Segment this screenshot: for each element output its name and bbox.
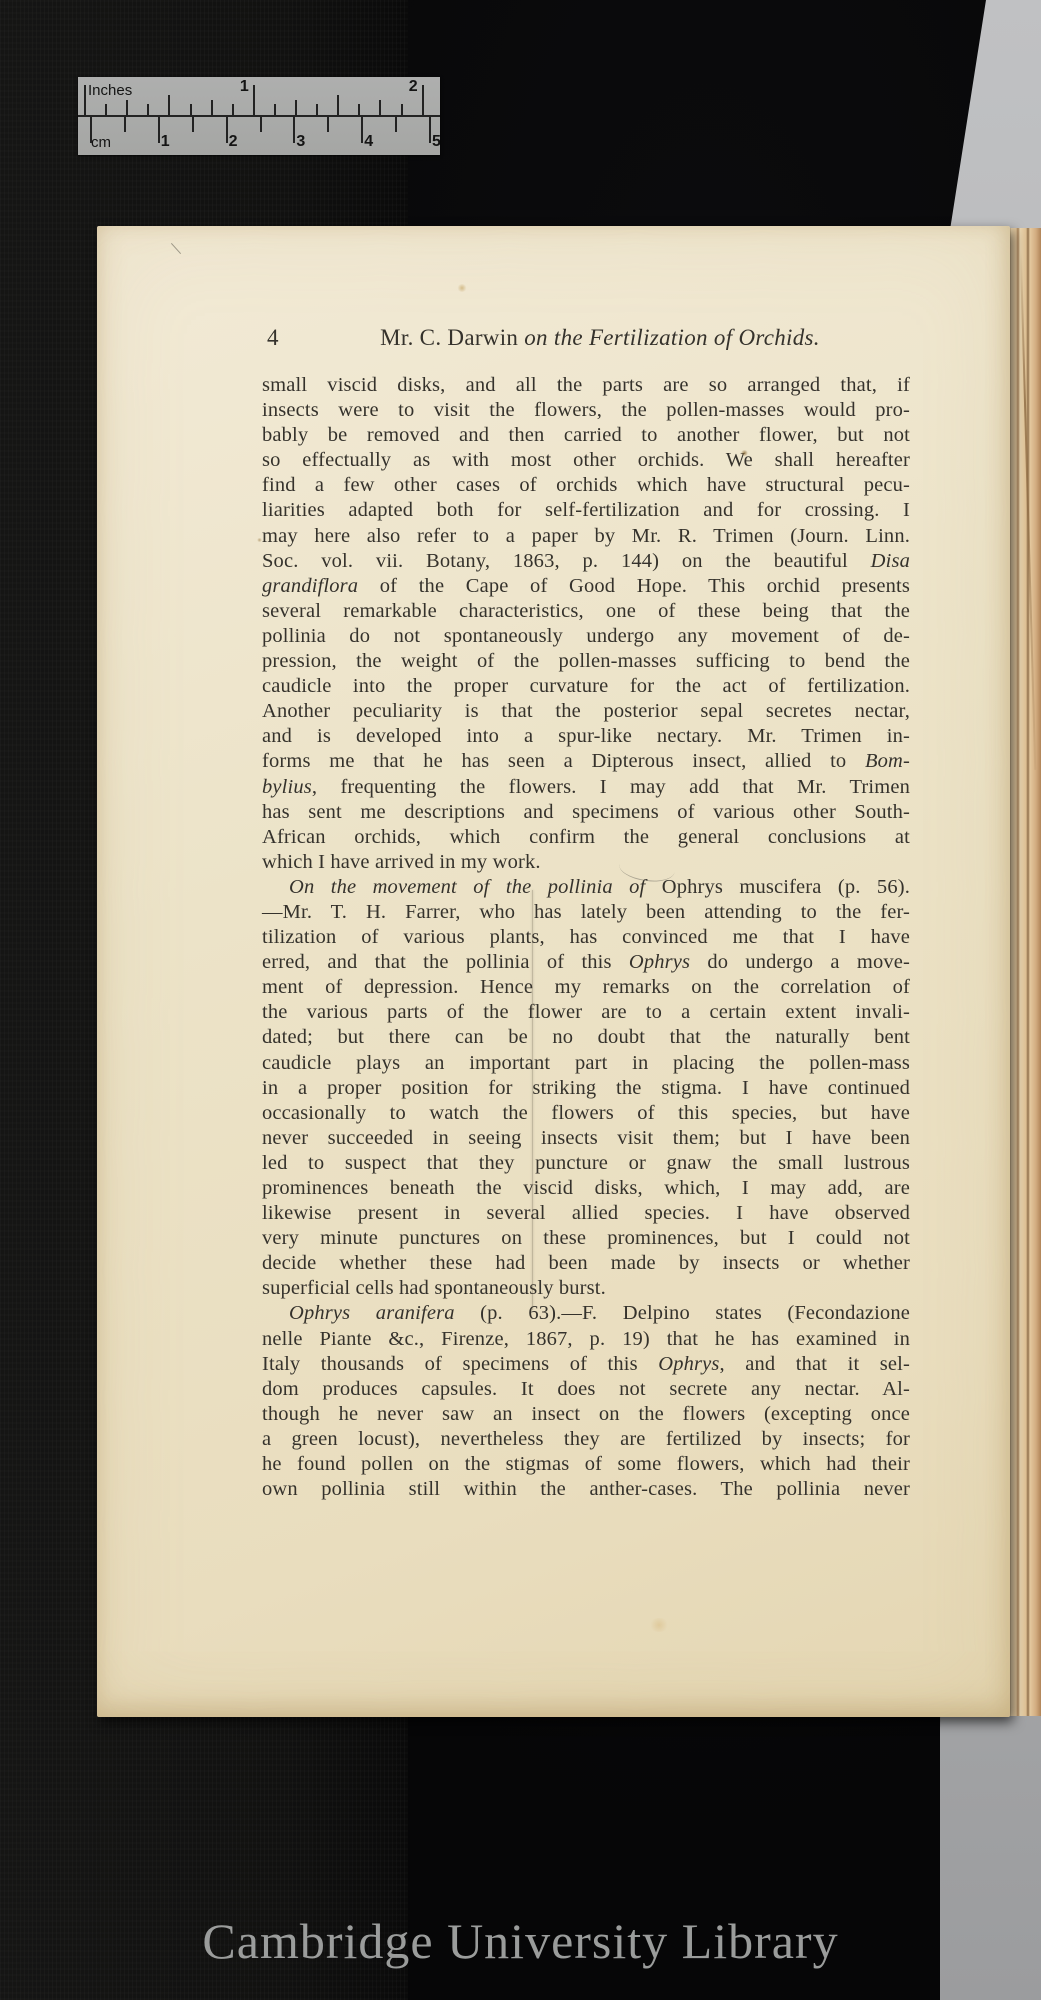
ruler-tick: [358, 104, 360, 115]
text-line: grandiflora of the Cape of Good Hope. Th…: [262, 574, 910, 599]
text-run: insects were to visit the flowers, the p…: [262, 399, 910, 421]
ruler-tick: [168, 95, 170, 115]
text-line: has sent me descriptions and specimens o…: [262, 800, 910, 825]
text-line: may here also refer to a paper by Mr. R.…: [262, 524, 910, 549]
text-line: Ophrys aranifera (p. 63).—F. Delpino sta…: [262, 1301, 910, 1326]
text-run: caudicle plays an important part in plac…: [262, 1052, 910, 1074]
text-run: in a proper position for striking the st…: [262, 1077, 910, 1099]
text-line: tilization of various plants, has convin…: [262, 925, 910, 950]
italic-text-run: bylius: [262, 776, 312, 798]
ruler-tick: [379, 100, 381, 115]
ruler-tick: [226, 117, 228, 143]
ruler-tick: [260, 117, 262, 132]
text-run: pression, the weight of the pollen-masse…: [262, 650, 910, 672]
page-stain: [457, 284, 467, 292]
text-line: very minute punctures on these prominenc…: [262, 1226, 910, 1251]
text-line: dom produces capsules. It does not secre…: [262, 1377, 910, 1402]
text-line: pollinia do not spontaneously undergo an…: [262, 624, 910, 649]
ruler-tick: [429, 117, 431, 143]
text-line: bably be removed and then carried to ano…: [262, 423, 910, 448]
text-line: never succeeded in seeing insects visit …: [262, 1126, 910, 1151]
text-run: erred, and that the pollinia of this: [262, 951, 629, 973]
text-run: the various parts of the flower are to a…: [262, 1001, 910, 1023]
ruler-tick: [105, 104, 107, 115]
ruler-tick: [401, 104, 403, 115]
text-run: caudicle into the proper curvature for t…: [262, 675, 910, 697]
text-run: Ophrys muscifera (p. 56).: [662, 876, 910, 898]
text-line: dated; but there can be no doubt that th…: [262, 1025, 910, 1050]
text-line: pression, the weight of the pollen-masse…: [262, 649, 910, 674]
ruler-cm-number: 4: [364, 133, 373, 151]
text-run: forms me that he has seen a Dipterous in…: [262, 750, 865, 772]
text-line: several remarkable characteristics, one …: [262, 599, 910, 624]
text-run: so effectually as with most other orchid…: [262, 449, 910, 471]
text-run: may here also refer to a paper by Mr. R.…: [262, 525, 910, 547]
ruler-cm-label: cm: [91, 134, 111, 151]
text-run: small viscid disks, and all the parts ar…: [262, 374, 910, 396]
ruler-tick: [124, 117, 126, 132]
text-run: pollinia do not spontaneously undergo an…: [262, 625, 910, 647]
text-line: On the movement of the pollinia of Ophry…: [262, 875, 910, 900]
text-line: led to suspect that they puncture or gna…: [262, 1151, 910, 1176]
ruler-tick: [293, 117, 295, 143]
italic-text-run: Disa: [871, 550, 910, 572]
text-line: Italy thousands of specimens of this Oph…: [262, 1352, 910, 1377]
text-line: liarities adapted both for self-fertiliz…: [262, 498, 910, 523]
text-run: ment of depression. Hence my remarks on …: [262, 976, 910, 998]
italic-text-run: On the movement of the pollinia of: [289, 876, 662, 898]
text-line: the various parts of the flower are to a…: [262, 1000, 910, 1025]
text-run: liarities adapted both for self-fertiliz…: [262, 499, 910, 521]
ruler-tick: [422, 85, 424, 115]
measuring-ruler: Inches cm 1212345: [78, 77, 440, 155]
text-run: and is developed into a spur-like nectar…: [262, 725, 910, 747]
text-run: he found pollen on the stigmas of some f…: [262, 1453, 910, 1475]
ruler-inch-number: 1: [229, 78, 249, 96]
text-line: superficial cells had spontaneously burs…: [262, 1276, 910, 1301]
ruler-inch-number: 2: [398, 78, 418, 96]
text-line: decide whether these had been made by in…: [262, 1251, 910, 1276]
ruler-tick: [337, 95, 339, 115]
ruler-cm-number: 2: [229, 133, 238, 151]
text-run: dated; but there can be no doubt that th…: [262, 1026, 910, 1048]
italic-text-run: Bom-: [865, 750, 910, 772]
text-run: occasionally to watch the flowers of thi…: [262, 1102, 910, 1124]
ruler-tick: [361, 117, 363, 143]
ruler-cm-number: 5: [432, 133, 440, 151]
library-watermark: Cambridge University Library: [0, 1912, 1041, 1970]
text-run: —Mr. T. H. Farrer, who has lately been a…: [262, 901, 910, 923]
ruler-tick: [192, 117, 194, 132]
text-line: so effectually as with most other orchid…: [262, 448, 910, 473]
text-line: likewise present in several allied speci…: [262, 1201, 910, 1226]
text-line: prominences beneath the viscid disks, wh…: [262, 1176, 910, 1201]
page-stain: [257, 538, 262, 542]
text-line: insects were to visit the flowers, the p…: [262, 398, 910, 423]
ruler-tick: [147, 104, 149, 115]
ruler-tick: [90, 117, 92, 143]
ruler-tick: [253, 85, 255, 115]
text-run: Mr. C. Darwin: [380, 325, 524, 350]
book-page: 4 Mr. C. Darwin on the Fertilization of …: [97, 226, 1010, 1717]
text-run: led to suspect that they puncture or gna…: [262, 1152, 910, 1174]
text-line: find a few other cases of orchids which …: [262, 473, 910, 498]
ruler-tick: [211, 100, 213, 115]
ruler-tick: [316, 104, 318, 115]
text-line: caudicle plays an important part in plac…: [262, 1051, 910, 1076]
crease-line: [532, 890, 533, 1310]
italic-text-run: on the Fertilization of Orchids.: [524, 325, 820, 350]
scanned-page-photo: { "ruler": { "top_unit_label": "Inches",…: [0, 0, 1041, 2000]
text-run: which I have arrived in my work.: [262, 851, 541, 873]
text-run: (p. 63).—F. Delpino states (Fecondazione: [455, 1302, 910, 1324]
text-line: Soc. vol. vii. Botany, 1863, p. 144) on …: [262, 549, 910, 574]
text-run: Another peculiarity is that the posterio…: [262, 700, 910, 722]
text-run: tilization of various plants, has convin…: [262, 926, 910, 948]
text-run: superficial cells had spontaneously burs…: [262, 1277, 606, 1299]
ruler-tick: [158, 117, 160, 143]
text-block: small viscid disks, and all the parts ar…: [262, 373, 910, 1502]
italic-text-run: Ophrys: [629, 951, 690, 973]
text-run: do undergo a move-: [690, 951, 910, 973]
ruler-tick: [327, 117, 329, 132]
text-run: though he never saw an insect on the flo…: [262, 1403, 910, 1425]
ruler-cm-number: 1: [161, 133, 170, 151]
text-run: likewise present in several allied speci…: [262, 1202, 910, 1224]
text-line: forms me that he has seen a Dipterous in…: [262, 749, 910, 774]
text-line: and is developed into a spur-like nectar…: [262, 724, 910, 749]
ruler-tick: [232, 104, 234, 115]
ruler-tick: [126, 100, 128, 115]
ruler-tick: [395, 117, 397, 132]
text-line: though he never saw an insect on the flo…: [262, 1402, 910, 1427]
text-line: small viscid disks, and all the parts ar…: [262, 373, 910, 398]
text-line: ment of depression. Hence my remarks on …: [262, 975, 910, 1000]
text-run: Soc. vol. vii. Botany, 1863, p. 144) on …: [262, 550, 871, 572]
text-run: Italy thousands of specimens of this: [262, 1353, 658, 1375]
text-run: prominences beneath the viscid disks, wh…: [262, 1177, 910, 1199]
ruler-cm-number: 3: [296, 133, 305, 151]
italic-text-run: Ophrys aranifera: [289, 1302, 455, 1324]
text-line: —Mr. T. H. Farrer, who has lately been a…: [262, 900, 910, 925]
text-run: of the Cape of Good Hope. This orchid pr…: [358, 575, 910, 597]
text-run: bably be removed and then carried to ano…: [262, 424, 910, 446]
text-run: a green locust), nevertheless they are f…: [262, 1428, 910, 1450]
text-line: erred, and that the pollinia of this Oph…: [262, 950, 910, 975]
text-run: own pollinia still within the anther-cas…: [262, 1478, 910, 1500]
running-header: Mr. C. Darwin on the Fertilization of Or…: [262, 325, 924, 351]
text-run: very minute punctures on these prominenc…: [262, 1227, 910, 1249]
ruler-tick: [84, 85, 86, 115]
text-line: nelle Piante &c., Firenze, 1867, p. 19) …: [262, 1327, 910, 1352]
text-run: , frequenting the flowers. I may add tha…: [312, 776, 910, 798]
text-run: , and that it sel-: [720, 1353, 910, 1375]
italic-text-run: grandiflora: [262, 575, 358, 597]
text-run: find a few other cases of orchids which …: [262, 474, 910, 496]
text-run: never succeeded in seeing insects visit …: [262, 1127, 910, 1149]
text-run: African orchids, which confirm the gener…: [262, 826, 910, 848]
text-run: nelle Piante &c., Firenze, 1867, p. 19) …: [262, 1328, 910, 1350]
text-line: bylius, frequenting the flowers. I may a…: [262, 775, 910, 800]
ruler-tick: [274, 104, 276, 115]
text-line: Another peculiarity is that the posterio…: [262, 699, 910, 724]
text-run: has sent me descriptions and specimens o…: [262, 801, 910, 823]
text-line: which I have arrived in my work.: [262, 850, 910, 875]
text-line: in a proper position for striking the st…: [262, 1076, 910, 1101]
page-stain: [741, 450, 748, 456]
page-stain: [649, 1618, 669, 1632]
text-line: African orchids, which confirm the gener…: [262, 825, 910, 850]
ruler-inches-label: Inches: [88, 82, 132, 99]
ruler-tick: [295, 100, 297, 115]
text-run: several remarkable characteristics, one …: [262, 600, 910, 622]
text-line: caudicle into the proper curvature for t…: [262, 674, 910, 699]
pencil-mark: [171, 243, 181, 254]
text-line: occasionally to watch the flowers of thi…: [262, 1101, 910, 1126]
text-line: he found pollen on the stigmas of some f…: [262, 1452, 910, 1477]
italic-text-run: Ophrys: [658, 1353, 719, 1375]
text-line: a green locust), nevertheless they are f…: [262, 1427, 910, 1452]
text-line: own pollinia still within the anther-cas…: [262, 1477, 910, 1502]
ruler-tick: [190, 104, 192, 115]
text-run: dom produces capsules. It does not secre…: [262, 1378, 910, 1400]
text-run: decide whether these had been made by in…: [262, 1252, 910, 1274]
